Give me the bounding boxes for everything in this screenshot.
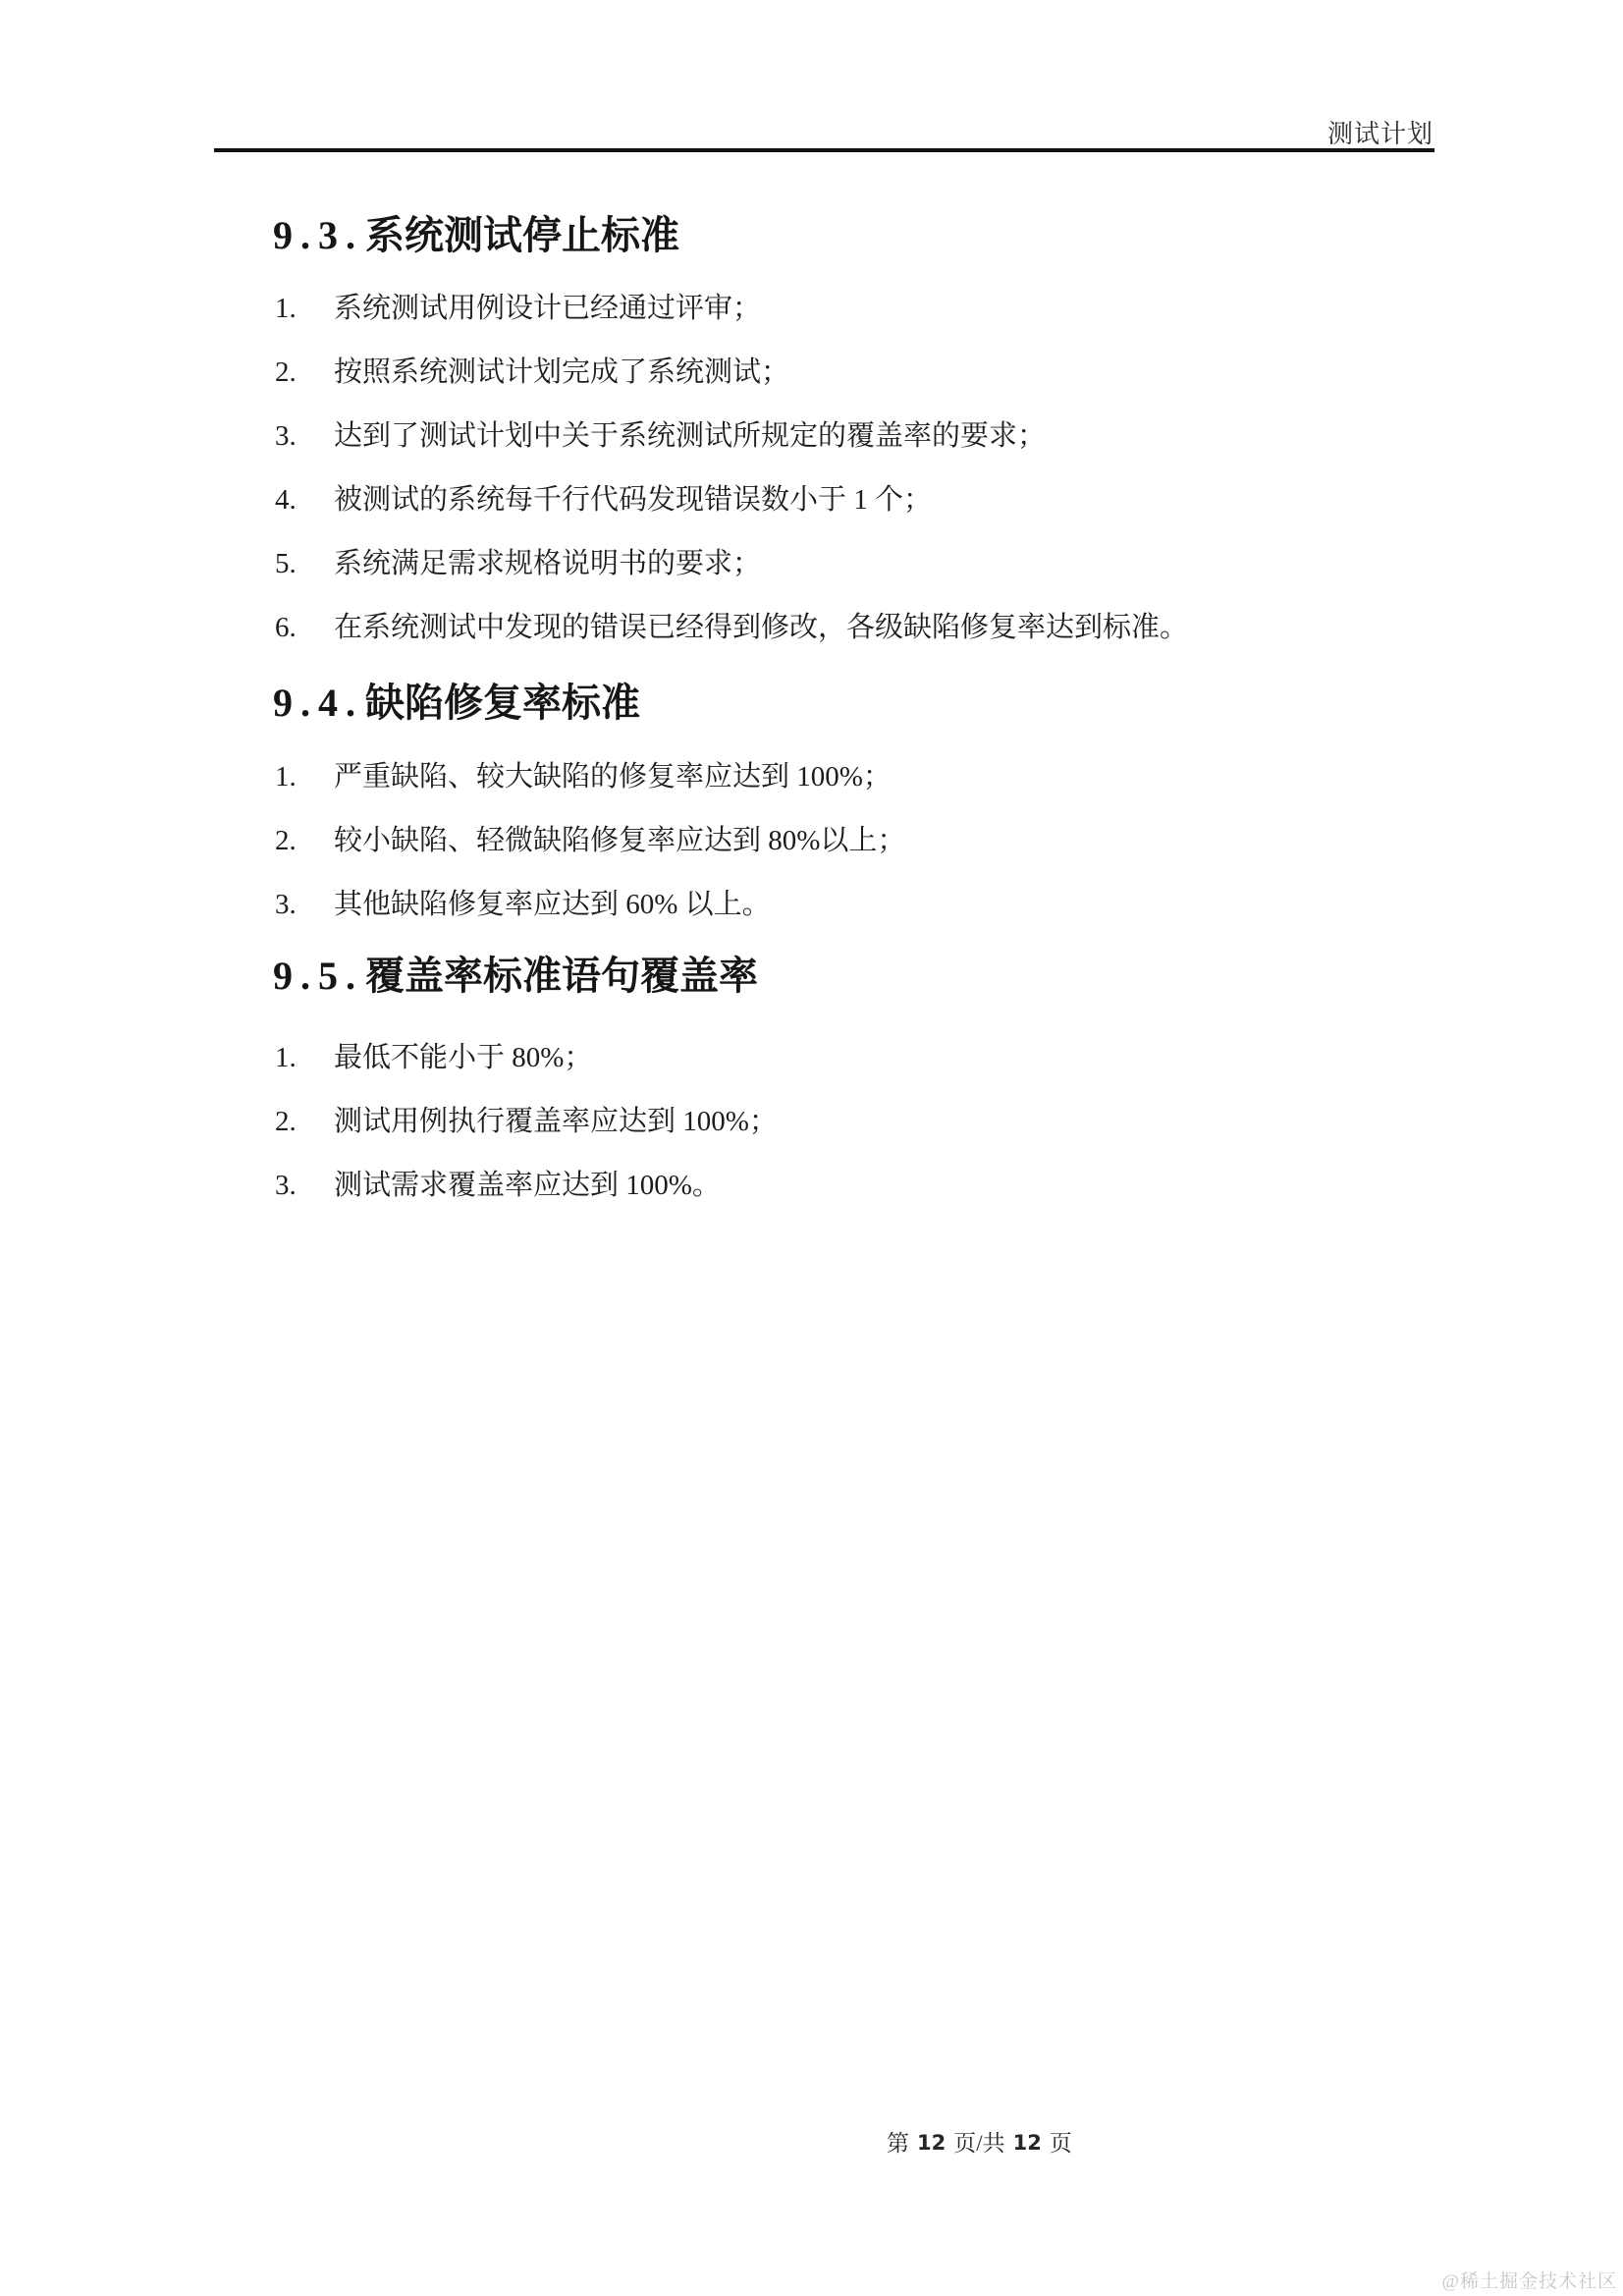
item-number: 3. (275, 889, 334, 921)
item-text: 系统满足需求规格说明书的要求； (334, 548, 761, 580)
list-item: 1. 系统测试用例设计已经通过评审； (275, 293, 1623, 356)
item-text: 系统测试用例设计已经通过评审； (334, 293, 761, 325)
section-number: 9.4. (273, 681, 363, 725)
item-number: 1. (275, 1042, 334, 1074)
section-title: 系统测试停止标准 (365, 213, 679, 257)
footer-prefix: 第 (887, 2131, 909, 2156)
section-9-3: 9.3.系统测试停止标准 1. 系统测试用例设计已经通过评审； 2. 按照系统测… (0, 216, 1623, 676)
item-text: 测试用例执行覆盖率应达到 100%； (334, 1106, 778, 1138)
section-heading: 9.3.系统测试停止标准 (273, 216, 1623, 255)
item-number: 2. (275, 825, 334, 857)
item-text: 在系统测试中发现的错误已经得到修改，各级缺陷修复率达到标准。 (334, 612, 1188, 644)
item-number: 2. (275, 1106, 334, 1138)
item-number: 1. (275, 293, 334, 325)
ordered-list: 1. 系统测试用例设计已经通过评审； 2. 按照系统测试计划完成了系统测试； 3… (275, 293, 1623, 676)
page-header-title: 测试计划 (1139, 114, 1434, 150)
item-text: 严重缺陷、较大缺陷的修复率应达到 100%； (334, 761, 892, 793)
section-heading: 9.5.覆盖率标准语句覆盖率 (273, 957, 1623, 996)
list-item: 1. 最低不能小于 80%； (275, 1042, 1623, 1106)
list-item: 4. 被测试的系统每千行代码发现错误数小于 1 个； (275, 484, 1623, 548)
list-item: 1. 严重缺陷、较大缺陷的修复率应达到 100%； (275, 761, 1623, 825)
ordered-list: 1. 最低不能小于 80%； 2. 测试用例执行覆盖率应达到 100%； 3. … (275, 1042, 1623, 1233)
watermark: @稀土掘金技术社区 (1442, 2267, 1618, 2293)
section-title: 覆盖率标准语句覆盖率 (365, 954, 758, 998)
header-rule (214, 148, 1434, 152)
footer-suffix: 页 (1050, 2131, 1072, 2156)
item-number: 6. (275, 612, 334, 644)
section-heading: 9.4.缺陷修复率标准 (273, 683, 1623, 723)
section-number: 9.3. (273, 213, 363, 257)
item-number: 4. (275, 484, 334, 517)
page-footer: 第12页/共12页 (887, 2125, 1072, 2158)
item-number: 2. (275, 356, 334, 389)
section-9-4: 9.4.缺陷修复率标准 1. 严重缺陷、较大缺陷的修复率应达到 100%； 2.… (0, 683, 1623, 953)
list-item: 2. 较小缺陷、轻微缺陷修复率应达到 80%以上； (275, 825, 1623, 889)
list-item: 2. 测试用例执行覆盖率应达到 100%； (275, 1106, 1623, 1170)
item-text: 其他缺陷修复率应达到 60% 以上。 (334, 889, 771, 921)
ordered-list: 1. 严重缺陷、较大缺陷的修复率应达到 100%； 2. 较小缺陷、轻微缺陷修复… (275, 761, 1623, 953)
item-text: 按照系统测试计划完成了系统测试； (334, 356, 789, 389)
item-text: 最低不能小于 80%； (334, 1042, 592, 1074)
document-page: 测试计划 9.3.系统测试停止标准 1. 系统测试用例设计已经通过评审； 2. … (0, 0, 1623, 2296)
item-number: 1. (275, 761, 334, 793)
list-item: 3. 测试需求覆盖率应达到 100%。 (275, 1170, 1623, 1233)
list-item: 6. 在系统测试中发现的错误已经得到修改，各级缺陷修复率达到标准。 (275, 612, 1623, 676)
item-number: 3. (275, 420, 334, 453)
total-page-number: 12 (1013, 2131, 1042, 2155)
section-9-5: 9.5.覆盖率标准语句覆盖率 1. 最低不能小于 80%； 2. 测试用例执行覆… (0, 957, 1623, 1233)
footer-middle: 页/共 (953, 2131, 1004, 2156)
current-page-number: 12 (917, 2131, 946, 2155)
section-title: 缺陷修复率标准 (365, 681, 640, 725)
item-number: 5. (275, 548, 334, 580)
list-item: 3. 达到了测试计划中关于系统测试所规定的覆盖率的要求； (275, 420, 1623, 484)
item-text: 较小缺陷、轻微缺陷修复率应达到 80%以上； (334, 825, 905, 857)
list-item: 2. 按照系统测试计划完成了系统测试； (275, 356, 1623, 420)
item-text: 达到了测试计划中关于系统测试所规定的覆盖率的要求； (334, 420, 1046, 453)
item-text: 被测试的系统每千行代码发现错误数小于 1 个； (334, 484, 932, 517)
item-text: 测试需求覆盖率应达到 100%。 (334, 1170, 721, 1202)
item-number: 3. (275, 1170, 334, 1202)
list-item: 3. 其他缺陷修复率应达到 60% 以上。 (275, 889, 1623, 953)
section-number: 9.5. (273, 954, 363, 998)
list-item: 5. 系统满足需求规格说明书的要求； (275, 548, 1623, 612)
